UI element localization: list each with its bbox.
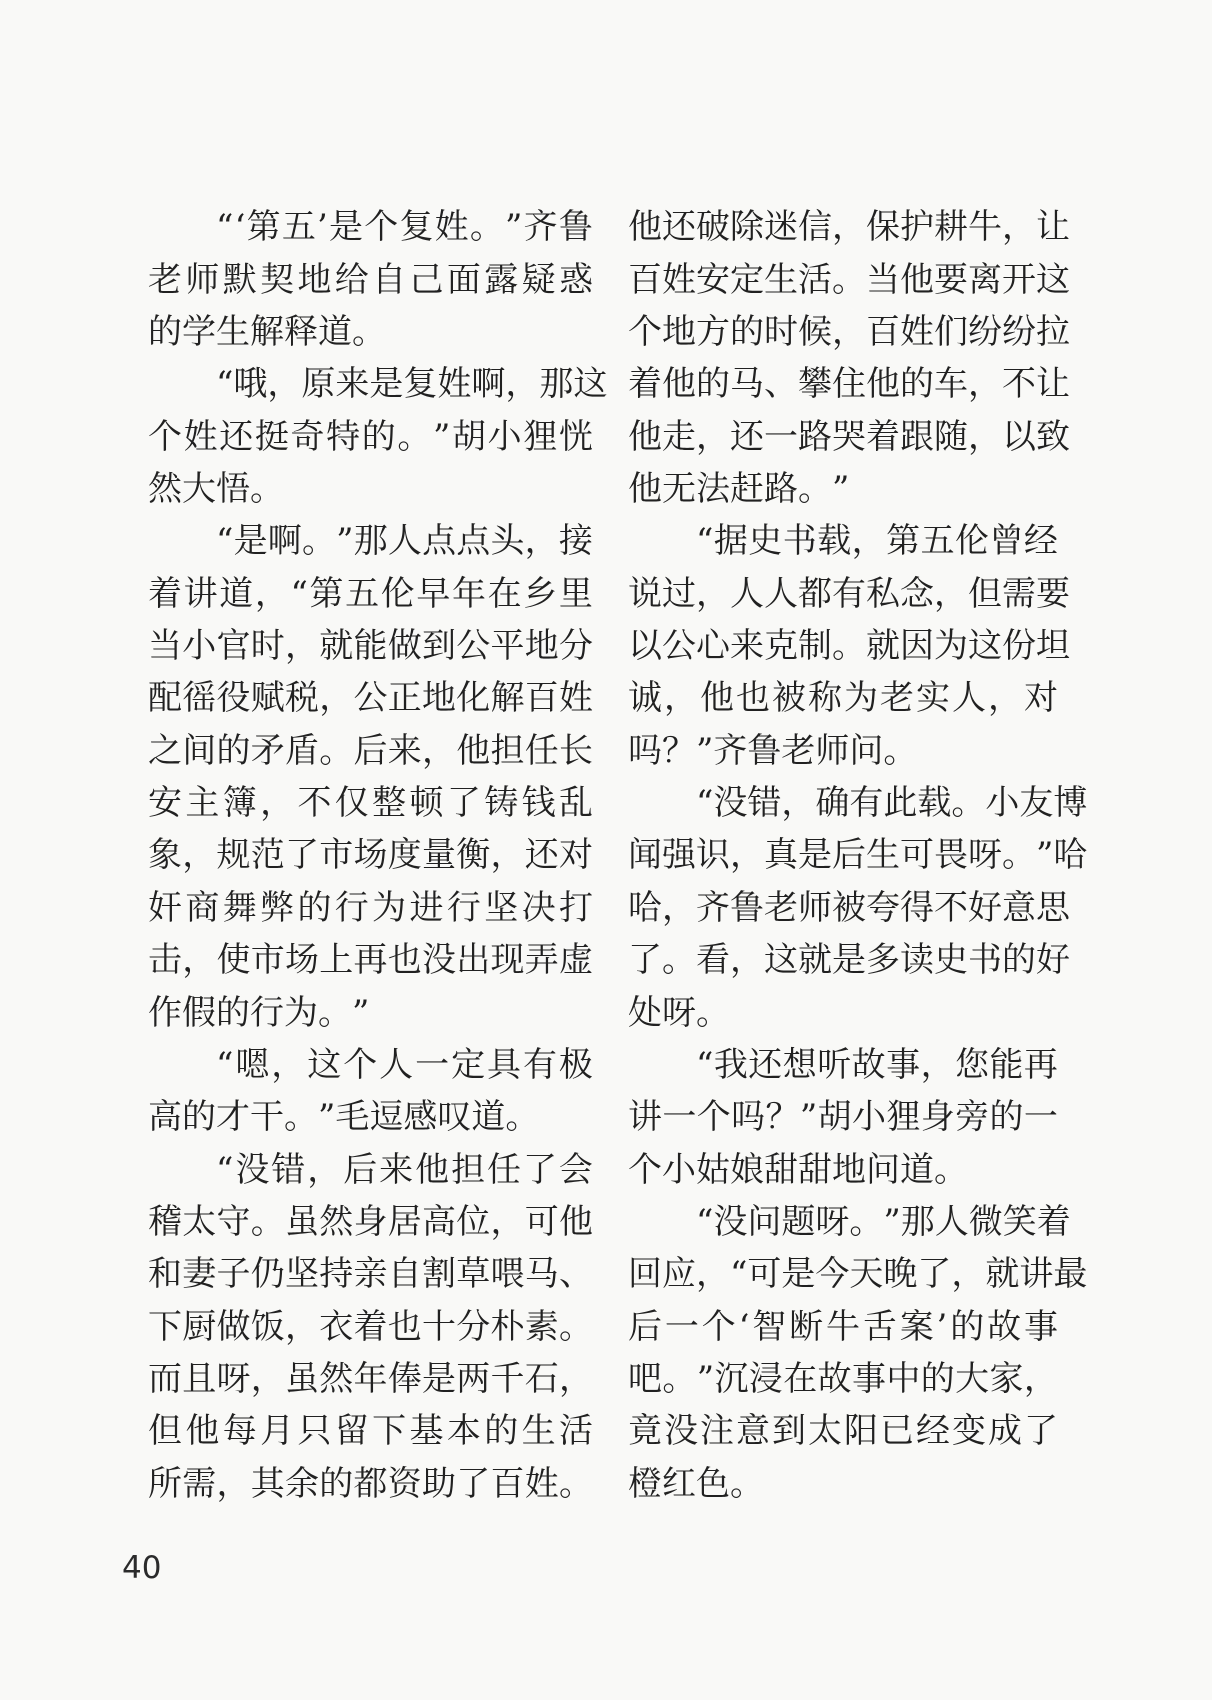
text-line: “嗯，这个人一定具有极	[148, 1039, 593, 1091]
text-line: 作假的行为。”	[148, 986, 593, 1038]
text-line: 但他每月只留下基本的生活	[148, 1405, 593, 1457]
text-line: 竟没注意到太阳已经变成了	[628, 1405, 1058, 1457]
text-line: 稽太守。虽然身居高位，可他	[148, 1196, 593, 1248]
text-line: 然大悟。	[148, 463, 593, 515]
text-line: 了。看，这就是多读史书的好	[628, 934, 1058, 986]
text-line: 下厨做饭，衣着也十分朴素。	[148, 1301, 593, 1353]
text-line: 橙红色。	[628, 1458, 1058, 1510]
text-line: 哈，齐鲁老师被夸得不好意思	[628, 882, 1058, 934]
text-line: 诚，他也被称为老实人，对	[628, 672, 1058, 724]
text-line: “哦，原来是复姓啊，那这	[148, 358, 593, 410]
text-line: “是啊。”那人点点头，接	[148, 515, 593, 567]
text-line: “没错，确有此载。小友博	[628, 777, 1058, 829]
text-line: “没问题呀。”那人微笑着	[628, 1196, 1058, 1248]
text-line: “据史书载，第五伦曾经	[628, 515, 1058, 567]
text-line: 吗？”齐鲁老师问。	[628, 725, 1058, 777]
text-line: 和妻子仍坚持亲自割草喂马、	[148, 1248, 593, 1300]
text-line: 高的才干。”毛逗感叹道。	[148, 1091, 593, 1143]
text-line: 以公心来克制。就因为这份坦	[628, 620, 1058, 672]
text-line: 闻强识，真是后生可畏呀。”哈	[628, 829, 1058, 881]
text-line: 所需，其余的都资助了百姓。	[148, 1458, 593, 1510]
text-line: 而且呀，虽然年俸是两千石，	[148, 1353, 593, 1405]
text-line: 奸商舞弊的行为进行坚决打	[148, 882, 593, 934]
text-line: 处呀。	[628, 986, 1058, 1038]
text-line: 着讲道，“第五伦早年在乡里	[148, 568, 593, 620]
text-column-right: 他还破除迷信，保护耕牛，让百姓安定生活。当他要离开这个地方的时候，百姓们纷纷拉着…	[628, 201, 1058, 1510]
text-line: “没错，后来他担任了会	[148, 1143, 593, 1195]
text-line: 安主簿，不仅整顿了铸钱乱	[148, 777, 593, 829]
text-line: 的学生解释道。	[148, 306, 593, 358]
text-line: 老师默契地给自己面露疑惑	[148, 253, 593, 305]
text-line: 后一个‘智断牛舌案’的故事	[628, 1301, 1058, 1353]
text-line: 讲一个吗？”胡小狸身旁的一	[628, 1091, 1058, 1143]
text-line: 他走，还一路哭着跟随，以致	[628, 410, 1058, 462]
page-number: 40	[122, 1551, 161, 1585]
text-line: “我还想听故事，您能再	[628, 1039, 1058, 1091]
text-line: 个小姑娘甜甜地问道。	[628, 1143, 1058, 1195]
text-line: 百姓安定生活。当他要离开这	[628, 253, 1058, 305]
text-line: 他无法赶路。”	[628, 463, 1058, 515]
text-line: 当小官时，就能做到公平地分	[148, 620, 593, 672]
text-line: 象，规范了市场度量衡，还对	[148, 829, 593, 881]
text-line: 着他的马、攀住他的车，不让	[628, 358, 1058, 410]
text-line: 击，使市场上再也没出现弄虚	[148, 934, 593, 986]
text-line: 说过，人人都有私念，但需要	[628, 568, 1058, 620]
text-column-left: “‘第五’是个复姓。”齐鲁老师默契地给自己面露疑惑的学生解释道。“哦，原来是复姓…	[148, 201, 593, 1510]
text-line: 配徭役赋税，公正地化解百姓	[148, 672, 593, 724]
text-line: 吧。”沉浸在故事中的大家，	[628, 1353, 1058, 1405]
text-line: 个姓还挺奇特的。”胡小狸恍	[148, 410, 593, 462]
text-line: 他还破除迷信，保护耕牛，让	[628, 201, 1058, 253]
text-line: “‘第五’是个复姓。”齐鲁	[148, 201, 593, 253]
book-page: “‘第五’是个复姓。”齐鲁老师默契地给自己面露疑惑的学生解释道。“哦，原来是复姓…	[0, 0, 1212, 1700]
text-line: 之间的矛盾。后来，他担任长	[148, 725, 593, 777]
text-line: 回应，“可是今天晚了，就讲最	[628, 1248, 1058, 1300]
text-line: 个地方的时候，百姓们纷纷拉	[628, 306, 1058, 358]
